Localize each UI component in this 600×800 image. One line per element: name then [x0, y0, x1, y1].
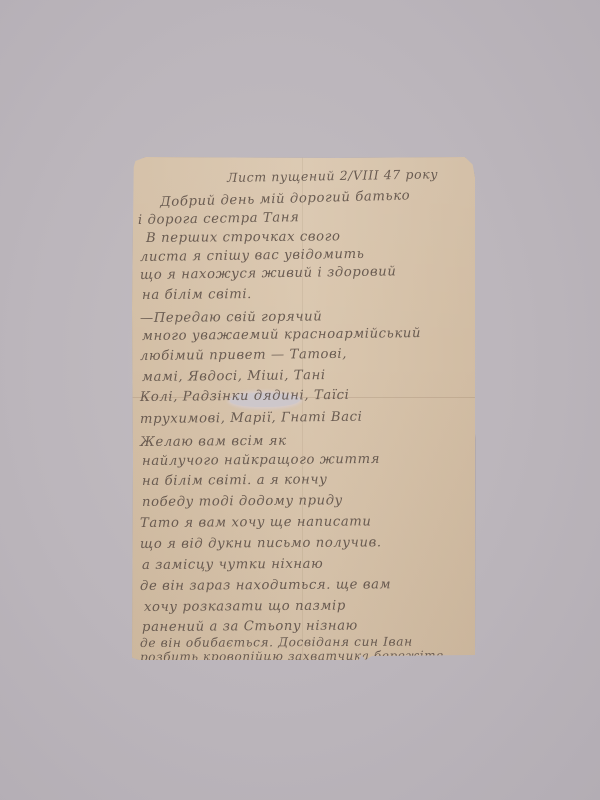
letter-line: —Передаю свій горячий	[140, 309, 322, 326]
letter-line: Желаю вам всім як	[140, 434, 287, 450]
letter-line: і дорога сестра Таня	[138, 210, 300, 228]
letter-line: що я нахожуся живий і здоровий	[140, 264, 397, 283]
letter-header: Лист пущений 2/VIII 47 року	[227, 166, 438, 185]
letter-line: листа я спішу вас увідомить	[140, 247, 365, 265]
letter-line: найлучого найкращого життя	[142, 452, 380, 469]
letter-line: де він зараз находиться. ще вам	[140, 577, 391, 594]
letter-line: Добрий день мій дорогий батько	[160, 188, 411, 210]
letter-line: победу тоді додому приду	[142, 493, 343, 510]
letter-line: а замісцу чутки ніхнаю	[142, 557, 323, 573]
letter-line: В перших строчках свого	[146, 229, 341, 246]
letter-line: любімий привет — Татові,	[140, 347, 347, 364]
letter-line: розбить кровопійцю захватчика бережіте	[140, 648, 444, 664]
letter-line: мамі, Явдосі, Міші, Тані	[142, 368, 326, 385]
letter-paper: Лист пущений 2/VIII 47 року Добрий день …	[132, 157, 475, 660]
letter-line: на білім світі. а я кончу	[142, 472, 328, 489]
letter-line: трухимові, Марії, Гнаті Васі	[140, 410, 363, 427]
letter-line: хочу розказати що пазмір	[144, 599, 346, 615]
letter-line: Колі, Радзінки дядині, Таїсі	[140, 388, 350, 405]
letter-line: ранений а за Стьопу нізнаю	[142, 618, 358, 635]
letter-line: Тато я вам хочу ще написати	[140, 514, 372, 531]
letter-line: де він обибається. Досвіданя син Іван	[140, 635, 413, 650]
letter-line: що я від дукни письмо получив.	[140, 535, 382, 552]
letter-line: много уважаемий красноармійський	[142, 326, 421, 344]
letter-photo: Лист пущений 2/VIII 47 року Добрий день …	[0, 0, 600, 800]
letter-line: на білім світі.	[142, 287, 252, 303]
